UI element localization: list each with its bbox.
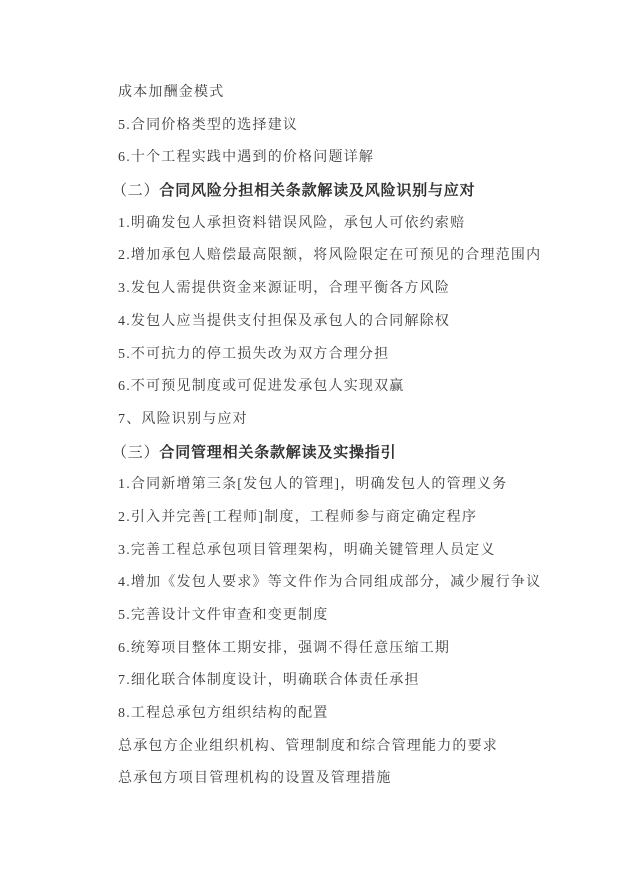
document-line: 3.发包人需提供资金来源证明，合理平衡各方风险 — [118, 273, 560, 306]
document-line: 6.十个工程实践中遇到的价格问题详解 — [118, 142, 560, 175]
section-heading-title: 合同管理相关条款解读及实操指引 — [159, 445, 396, 461]
document-line: 总承包方项目管理机构的设置及管理措施 — [118, 763, 560, 796]
document-line: 6.不可预见制度或可促进发承包人实现双赢 — [118, 371, 560, 404]
section-heading-number: （二） — [112, 183, 159, 199]
document-line: 7、风险识别与应对 — [118, 404, 560, 437]
document-page: 成本加酬金模式5.合同价格类型的选择建议6.十个工程实践中遇到的价格问题详解（二… — [0, 0, 620, 877]
section-heading-number: （三） — [112, 445, 159, 461]
document-line: 1.明确发包人承担资料错误风险，承包人可依约索赔 — [118, 208, 560, 241]
document-line: 5.合同价格类型的选择建议 — [118, 110, 560, 143]
document-content: 成本加酬金模式5.合同价格类型的选择建议6.十个工程实践中遇到的价格问题详解（二… — [118, 77, 560, 796]
document-line: 6.统筹项目整体工期安排，强调不得任意压缩工期 — [118, 633, 560, 666]
document-line: 1.合同新增第三条[发包人的管理]，明确发包人的管理义务 — [118, 469, 560, 502]
document-line: 7.细化联合体制度设计，明确联合体责任承担 — [118, 665, 560, 698]
document-line: 2.引入并完善[工程师]制度，工程师参与商定确定程序 — [118, 502, 560, 535]
document-line: 8.工程总承包方组织结构的配置 — [118, 698, 560, 731]
document-line: 总承包方企业组织机构、管理制度和综合管理能力的要求 — [118, 731, 560, 764]
document-line: 成本加酬金模式 — [118, 77, 560, 110]
section-heading: （三）合同管理相关条款解读及实操指引 — [112, 437, 560, 470]
document-line: 5.完善设计文件审查和变更制度 — [118, 600, 560, 633]
document-line: 2.增加承包人赔偿最高限额，将风险限定在可预见的合理范围内 — [118, 240, 560, 273]
document-line: 4.增加《发包人要求》等文件作为合同组成部分，减少履行争议 — [118, 567, 560, 600]
document-line: 4.发包人应当提供支付担保及承包人的合同解除权 — [118, 306, 560, 339]
document-line: 3.完善工程总承包项目管理架构，明确关键管理人员定义 — [118, 535, 560, 568]
section-heading: （二）合同风险分担相关条款解读及风险识别与应对 — [112, 175, 560, 208]
section-heading-title: 合同风险分担相关条款解读及风险识别与应对 — [159, 183, 475, 199]
document-line: 5.不可抗力的停工损失改为双方合理分担 — [118, 339, 560, 372]
